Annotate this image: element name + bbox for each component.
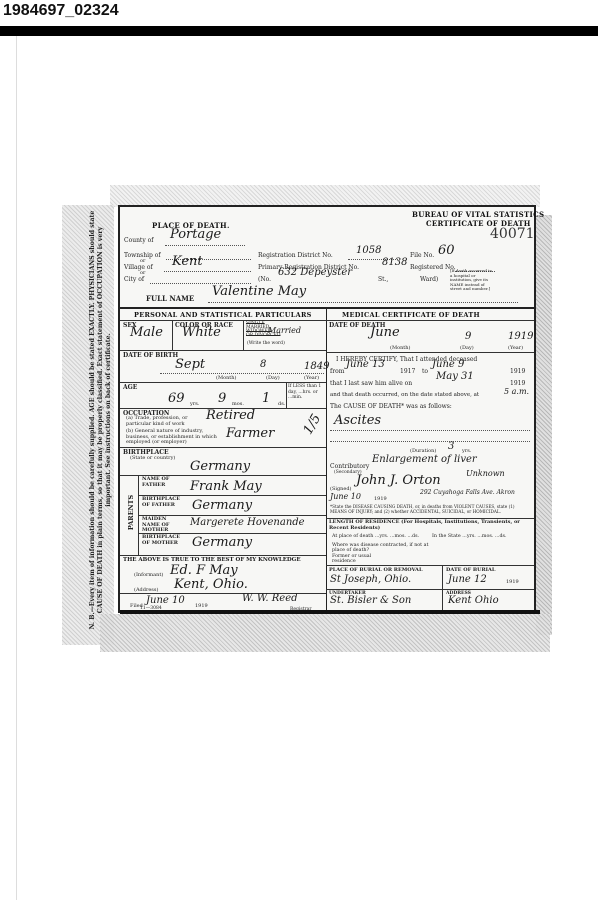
burial-place: St Joseph, Ohio.: [330, 574, 411, 585]
full-name-label: FULL NAME: [146, 295, 194, 302]
scan-shadow-top: [110, 185, 540, 207]
occupation-industry: Farmer: [226, 426, 274, 441]
certificate-bottom-edge: [120, 610, 540, 614]
full-name-value: Valentine May: [212, 284, 306, 299]
side-instructions: N. B.—Every item of information should b…: [86, 210, 116, 630]
registration-district-label: Registration District No.: [258, 252, 333, 259]
contributory-duration: Unknown: [466, 469, 505, 478]
father-birthplace: Germany: [192, 498, 252, 513]
village-value: Kent: [172, 254, 203, 269]
scan-shadow-bottom: [100, 614, 550, 652]
cause-footnote: *State the DISEASE CAUSING DEATH, or, in…: [330, 505, 530, 515]
file-no-value: 60: [438, 243, 455, 258]
registered-no-label: Registered No.: [410, 264, 456, 271]
image-id-label: 1984697_02324: [3, 2, 119, 20]
scan-shadow-right: [536, 215, 552, 635]
occupation-code: 1/5: [301, 412, 324, 438]
dob-day: 8: [260, 359, 266, 370]
parents-label: PARENTS: [128, 495, 135, 530]
scan-top-border: [0, 26, 598, 36]
hospital-note: [If death occurred in a hospital or inst…: [450, 269, 494, 292]
file-no-label: File No.: [410, 252, 434, 259]
dob-month: Sept: [175, 357, 205, 372]
physician-address: 292 Cuyahoga Falls Ave. Akron: [420, 489, 530, 497]
registrar-signature: W. W. Reed: [242, 593, 298, 604]
last-saw-alive: May 31: [436, 371, 474, 382]
registration-district-value: 1058: [356, 245, 381, 256]
personal-heading: PERSONAL AND STATISTICAL PARTICULARS: [134, 311, 312, 319]
mother-birthplace: Germany: [192, 535, 252, 550]
attended-from: June 13: [346, 359, 385, 370]
undertaker-address: Kent Ohio: [448, 595, 499, 606]
cause-duration: 3: [448, 441, 454, 452]
occupation-trade: Retired: [206, 408, 255, 423]
county-value: Portage: [170, 227, 221, 242]
street-value: 632 Depeyster: [278, 267, 352, 278]
primary-district-value: 8138: [382, 257, 407, 268]
dob-year: 1849: [304, 361, 329, 372]
medical-heading: MEDICAL CERTIFICATE OF DEATH: [342, 311, 480, 319]
age-months: 9: [218, 391, 226, 406]
age-years: 69: [168, 391, 185, 406]
death-day: 9: [465, 331, 471, 342]
father-name: Frank May: [190, 479, 262, 494]
contributory-cause: Enlargement of liver: [372, 454, 477, 465]
bureau-title: BUREAU OF VITAL STATISTICS: [412, 210, 544, 219]
file-number-printed: 40071: [490, 226, 535, 242]
street-no-label: (No.: [258, 276, 271, 283]
mother-name: Margerete Hovenande: [190, 517, 305, 528]
age-days: 1: [262, 391, 270, 406]
attended-to: June 9: [432, 359, 464, 370]
death-year: 1919: [508, 331, 533, 342]
death-month: June: [370, 325, 400, 340]
marital-status-value: Married: [268, 326, 301, 335]
time-of-death: 5 a.m.: [504, 387, 529, 396]
undertaker-name: St. Bisler & Son: [330, 595, 411, 606]
color-value: White: [182, 325, 221, 340]
death-certificate: BUREAU OF VITAL STATISTICS CERTIFICATE O…: [118, 205, 536, 613]
village-label: Village of: [124, 264, 153, 271]
physician-signature: John J. Orton: [356, 473, 441, 488]
informant-name: Ed. F May: [170, 563, 238, 578]
county-label: County of: [124, 237, 153, 244]
signed-date: June 10: [330, 492, 361, 501]
cause-of-death: Ascites: [334, 413, 381, 428]
birthplace-value: Germany: [190, 459, 250, 474]
city-label: City of: [124, 276, 144, 283]
sex-value: Male: [130, 325, 163, 340]
burial-date: June 12: [448, 574, 487, 585]
informant-address: Kent, Ohio.: [174, 577, 248, 592]
